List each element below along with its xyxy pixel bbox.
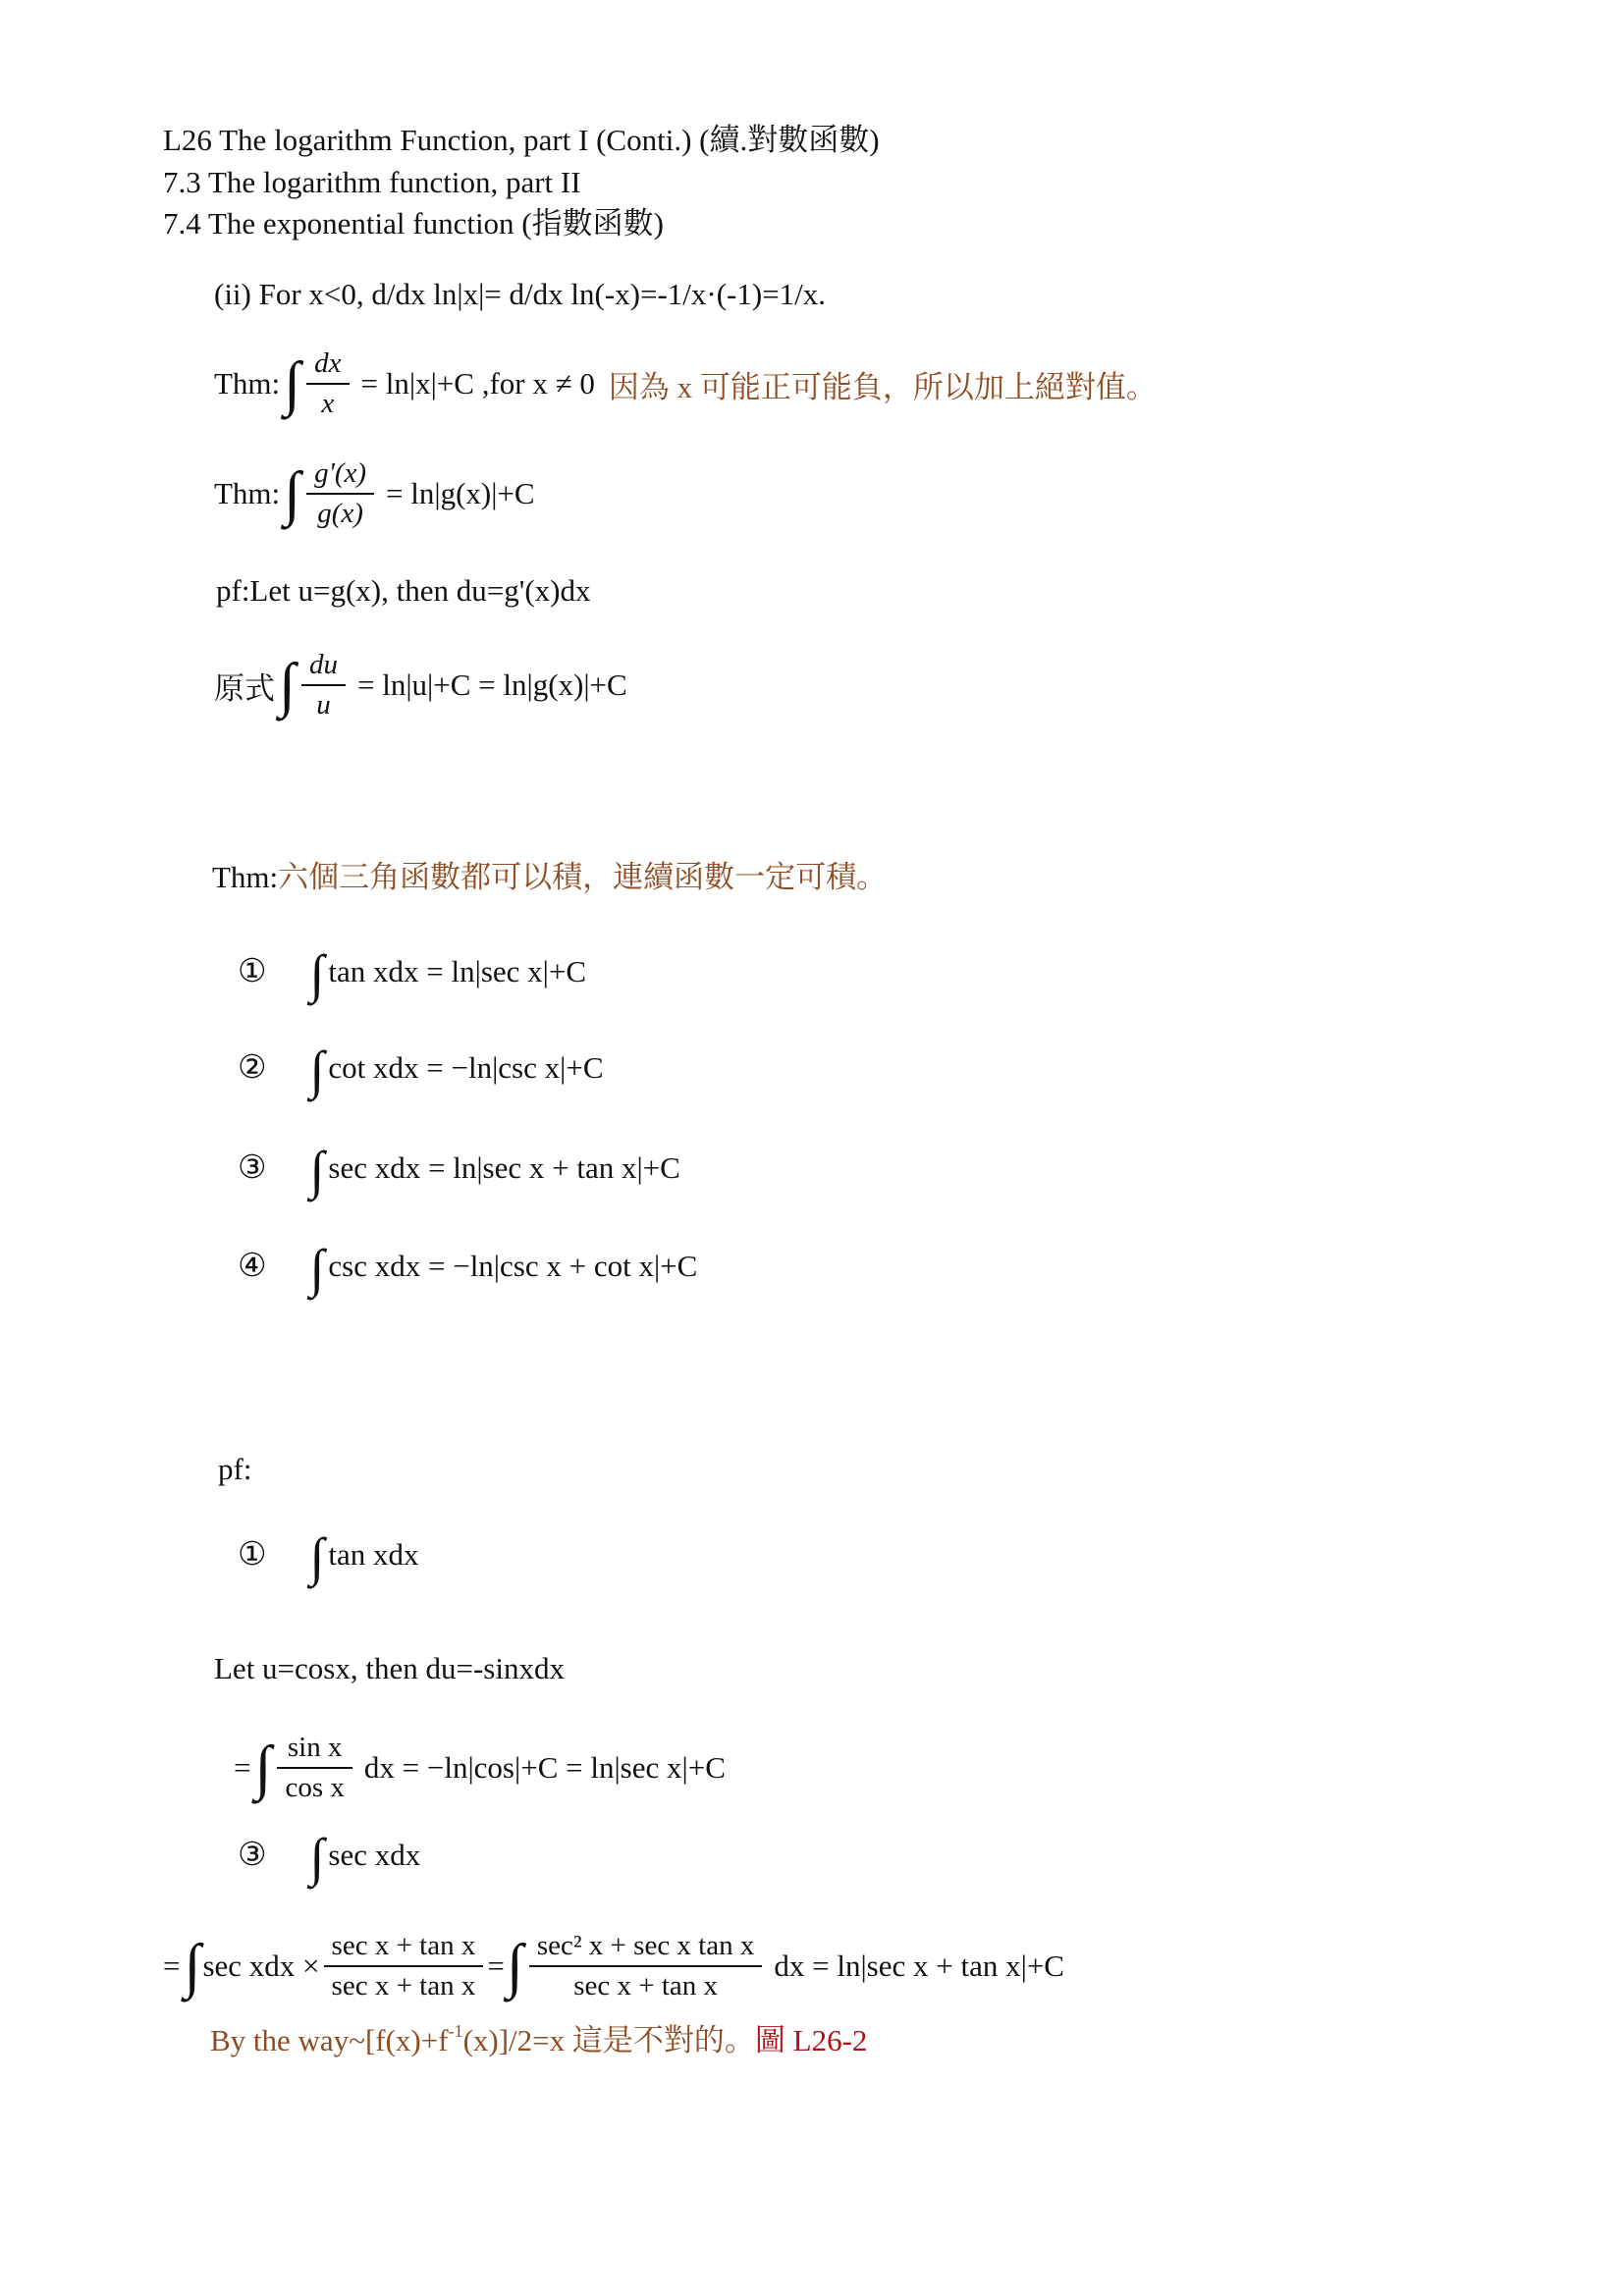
case-ii-derivative-line: (ii) For x<0, d/dx ln|x|= d/dx ln(-x)=-1… (214, 276, 826, 314)
proof-item-3-formula: sec xdx (328, 1838, 420, 1872)
circled-4-icon: ④ (238, 1246, 267, 1284)
fraction-numerator: sec x + tan x (324, 1930, 484, 1967)
circled-2-icon: ② (238, 1047, 267, 1086)
equals-sign: = (487, 1949, 504, 1984)
equals-sign: = (234, 1750, 250, 1786)
trig-integral-item-3: ③∫sec xdx = ln|sec x + tan x|+C (238, 1147, 680, 1188)
section-7-3-heading: 7.3 The logarithm function, part II (163, 164, 581, 202)
original-expression-equation: 原式 ∫ du u = ln|u|+C = ln|g(x)|+C (214, 631, 627, 739)
integral-icon: ∫ (310, 1527, 325, 1586)
doc-title-line-1: L26 The logarithm Function, part I (Cont… (163, 122, 880, 160)
trig-formula-4: csc xdx = −ln|csc x + cot x|+C (328, 1249, 697, 1283)
fraction-secx-tanx-2: sec² x + sec x tan x sec x + tan x (529, 1930, 763, 2002)
theorem-integral-dx-over-x: Thm: ∫ dx x = ln|x|+C ,for x ≠ 0 因為 x 可能… (214, 330, 1157, 438)
figure-reference: 圖 L26-2 (755, 2023, 868, 2057)
trig-integral-item-4: ④∫csc xdx = −ln|csc x + cot x|+C (238, 1245, 697, 1286)
substitution-line: Let u=cosx, then du=-sinxdx (214, 1650, 565, 1688)
trig-formula-2: cot xdx = −ln|csc x|+C (328, 1050, 603, 1085)
fraction-sin-over-cos: sin x cos x (277, 1732, 352, 1804)
lecture-notes-page: L26 The logarithm Function, part I (Cont… (0, 0, 1624, 2296)
integral-icon: ∫ (310, 1239, 325, 1298)
circled-1-icon: ① (238, 1534, 267, 1573)
fraction-numerator: sec² x + sec x tan x (529, 1930, 763, 1967)
original-expression-result: = ln|u|+C = ln|g(x)|+C (357, 667, 627, 703)
thm1-label: Thm: (214, 366, 280, 401)
integral-icon: ∫ (310, 944, 325, 1003)
eq-sec-segment-1: sec xdx × (202, 1949, 319, 1984)
theorem-six-trig-functions: Thm:六個三角函數都可以積，連續函數一定可積。 (212, 859, 887, 897)
fraction-denominator: sec x + tan x (529, 1967, 763, 2002)
circled-1-icon: ① (238, 951, 267, 989)
fraction-denominator: g(x) (306, 495, 374, 530)
fraction-du-over-u: du u (301, 649, 346, 721)
fraction-denominator: cos x (277, 1769, 352, 1804)
trig-integral-item-1: ①∫tan xdx = ln|sec x|+C (238, 950, 586, 991)
circled-3-icon: ③ (238, 1148, 267, 1186)
proof-item-1: ①∫tan xdx (238, 1533, 419, 1575)
thm2-result: = ln|g(x)|+C (386, 476, 535, 511)
thm2-label: Thm: (214, 476, 280, 511)
by-the-way-remark: By the way~[f(x)+f-1(x)]/2=x 這是不對的。圖 L26… (210, 2020, 867, 2060)
eq-sin-result: dx = −ln|cos|+C = ln|sec x|+C (364, 1750, 726, 1786)
trig-formula-1: tan xdx = ln|sec x|+C (328, 954, 586, 988)
thm1-chinese-note: 因為 x 可能正可能負，所以加上絕對值。 (609, 362, 1157, 406)
fraction-dx-over-x: dx x (306, 347, 349, 420)
fraction-denominator: sec x + tan x (324, 1967, 484, 2002)
byway-text-post: (x)]/2=x 這是不對的。 (463, 2023, 755, 2057)
circled-3-icon: ③ (238, 1835, 267, 1873)
fraction-numerator: g'(x) (306, 457, 374, 495)
integral-icon: ∫ (310, 1141, 325, 1200)
proof-item-3: ③∫sec xdx (238, 1834, 420, 1875)
section-7-4-heading: 7.4 The exponential function (指數函數) (163, 205, 664, 243)
proof-label: pf: (218, 1451, 251, 1489)
fraction-denominator: u (301, 686, 346, 721)
thm1-result: = ln|x|+C ,for x ≠ 0 (361, 366, 595, 401)
original-expression-label: 原式 (214, 664, 275, 708)
fraction-gprime-over-g: g'(x) g(x) (306, 457, 374, 530)
integral-icon: ∫ (310, 1828, 325, 1887)
equals-sign: = (163, 1949, 180, 1984)
trig-formula-3: sec xdx = ln|sec x + tan x|+C (328, 1150, 679, 1185)
byway-text-pre: By the way~[f(x)+f (210, 2023, 449, 2057)
inverse-superscript: -1 (449, 2021, 463, 2041)
thm3-label: Thm: (212, 860, 278, 894)
fraction-numerator: du (301, 649, 346, 686)
fraction-numerator: dx (306, 347, 349, 385)
secant-proof-equation: = ∫ sec xdx × sec x + tan x sec x + tan … (163, 1912, 1064, 2020)
sine-over-cosine-equation: = ∫ sin x cos x dx = −ln|cos|+C = ln|sec… (234, 1714, 726, 1822)
fraction-denominator: x (306, 385, 349, 420)
proof-substitution-line: pf:Let u=g(x), then du=g'(x)dx (216, 572, 590, 611)
eq-sec-result: dx = ln|sec x + tan x|+C (774, 1949, 1064, 1984)
proof-item-1-formula: tan xdx (328, 1537, 418, 1572)
trig-integral-item-2: ②∫cot xdx = −ln|csc x|+C (238, 1046, 604, 1088)
theorem-integral-gprime-over-g: Thm: ∫ g'(x) g(x) = ln|g(x)|+C (214, 440, 535, 548)
integral-icon: ∫ (310, 1041, 325, 1099)
fraction-secx-tanx-1: sec x + tan x sec x + tan x (324, 1930, 484, 2002)
thm3-chinese-note: 六個三角函數都可以積，連續函數一定可積。 (278, 860, 887, 894)
fraction-numerator: sin x (277, 1732, 352, 1769)
